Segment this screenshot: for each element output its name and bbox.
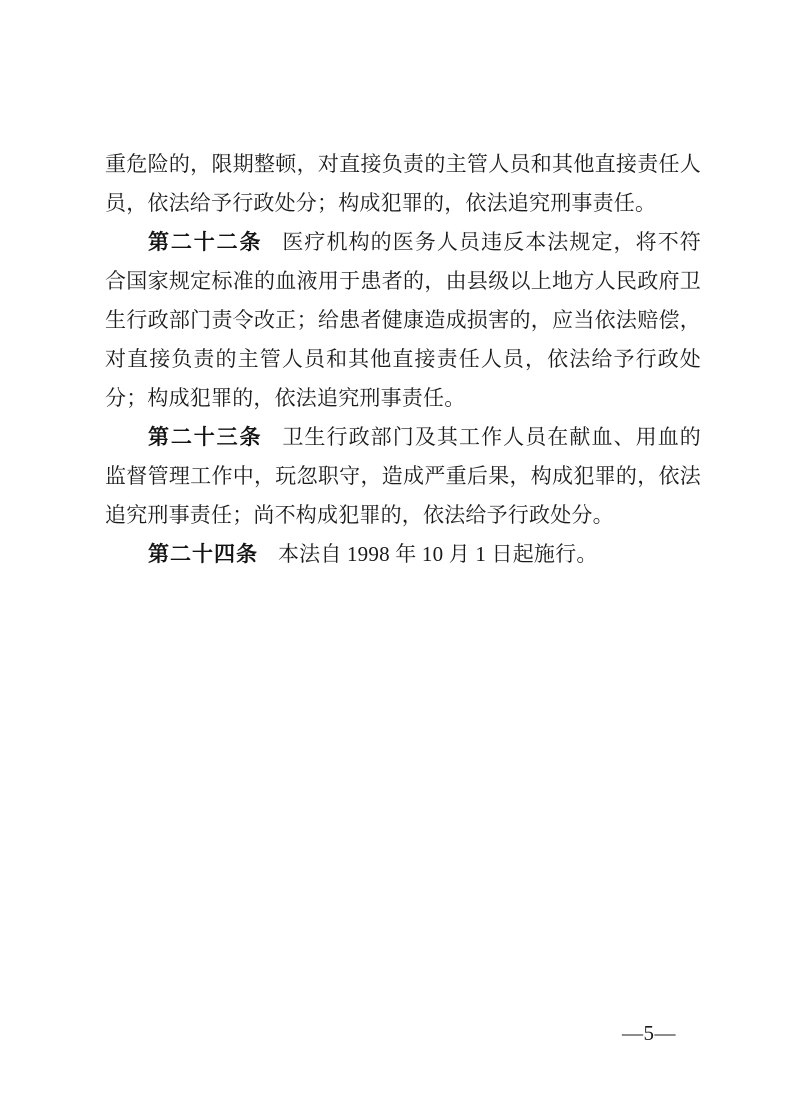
legal-text-block: 重危险的，限期整顿，对直接负责的主管人员和其他直接责任人员，依法给予行政处分；构…: [105, 145, 701, 574]
article-number: 第二十二条: [148, 231, 262, 254]
paragraph: 重危险的，限期整顿，对直接负责的主管人员和其他直接责任人员，依法给予行政处分；构…: [105, 145, 701, 223]
article-text: 医疗机构的医务人员违反本法规定，将不符合国家规定标准的血液用于患者的，由县级以上…: [105, 230, 701, 410]
paragraph: 第二十四条本法自 1998 年 10 月 1 日起施行。: [105, 535, 701, 574]
page-number: —5—: [622, 1021, 676, 1045]
article-text: 本法自 1998 年 10 月 1 日起施行。: [278, 542, 598, 566]
paragraph: 第二十三条卫生行政部门及其工作人员在献血、用血的监督管理工作中，玩忽职守，造成严…: [105, 418, 701, 535]
page-footer: —5—: [598, 1021, 700, 1046]
article-number: 第二十三条: [148, 426, 262, 449]
document-page: 重危险的，限期整顿，对直接负责的主管人员和其他直接责任人员，依法给予行政处分；构…: [0, 0, 790, 1118]
article-text: 重危险的，限期整顿，对直接负责的主管人员和其他直接责任人员，依法给予行政处分；构…: [105, 152, 701, 215]
paragraph: 第二十二条医疗机构的医务人员违反本法规定，将不符合国家规定标准的血液用于患者的，…: [105, 223, 701, 418]
article-number: 第二十四条: [148, 543, 258, 566]
